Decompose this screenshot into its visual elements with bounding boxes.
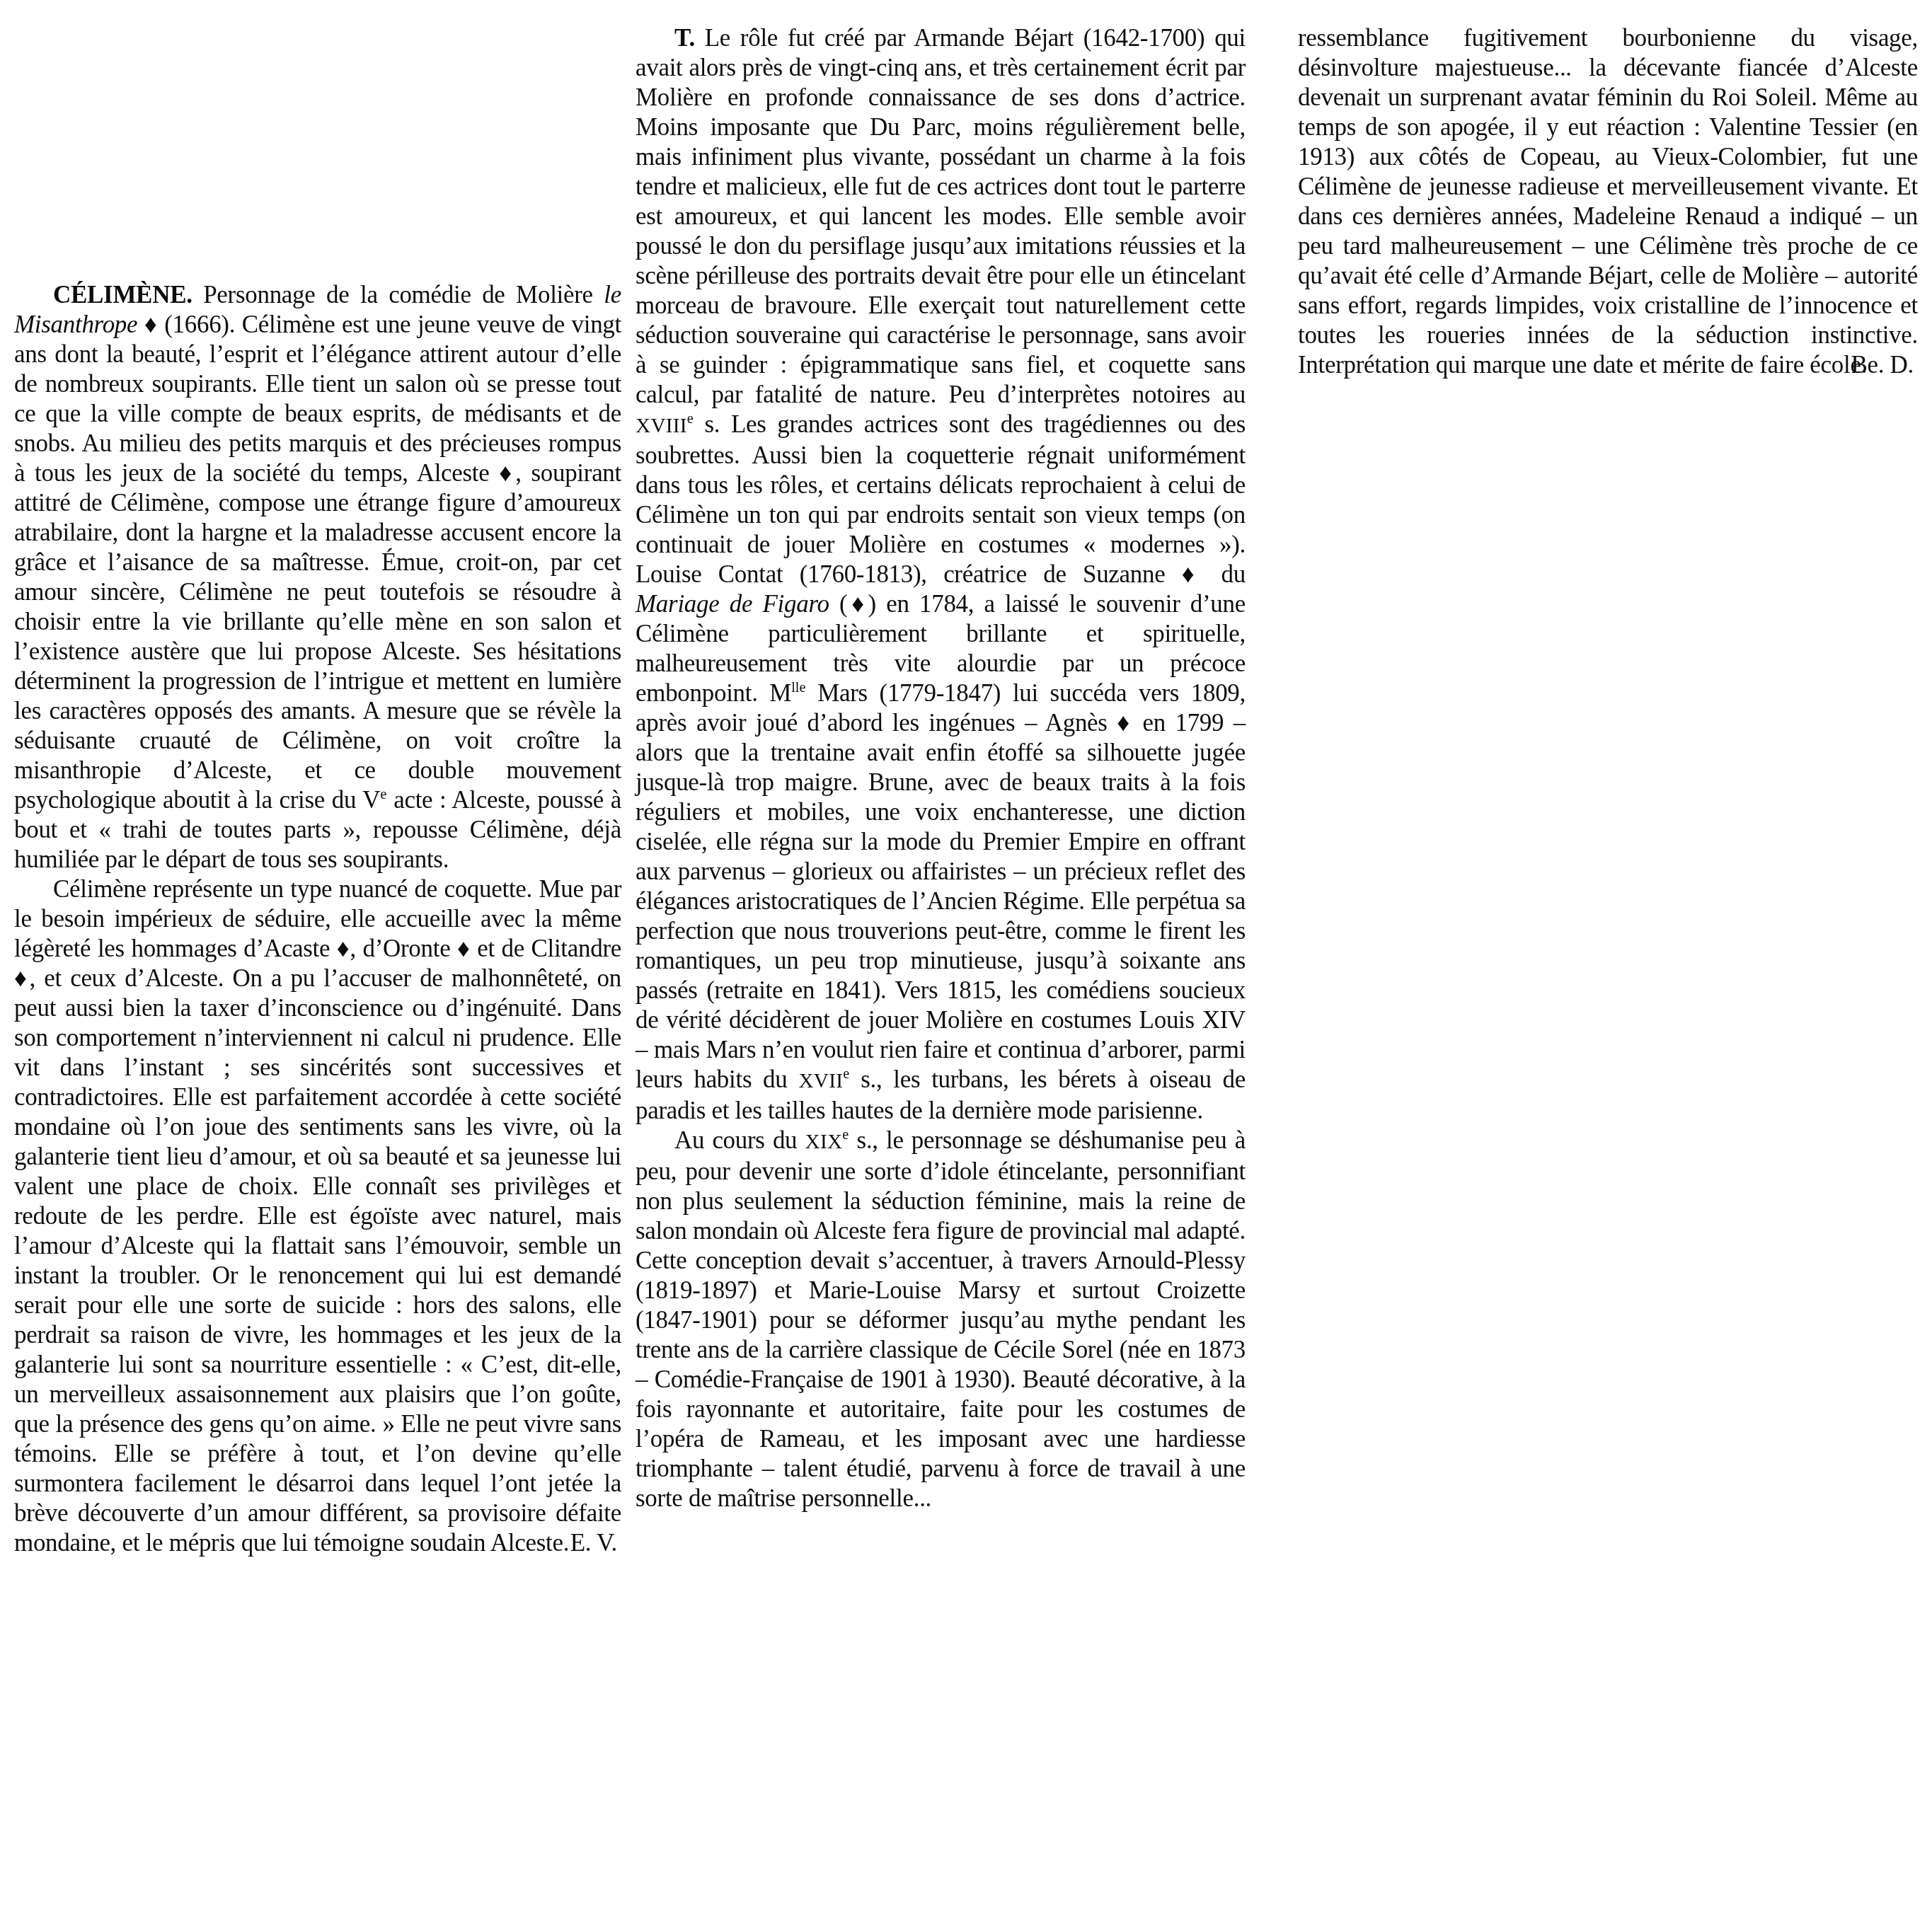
entry-paragraph: Célimène représente un type nuancé de co… — [14, 874, 621, 1558]
entry-paragraph: ressemblance fugitivement bourbonienne d… — [1298, 23, 1918, 380]
entry-paragraph: T. Le rôle fut créé par Armande Béjart (… — [636, 23, 1246, 1126]
dictionary-page: CÉLIMÈNE. Personnage de la comédie de Mo… — [0, 0, 1932, 1928]
entry-paragraph: CÉLIMÈNE. Personnage de la comédie de Mo… — [14, 280, 621, 874]
column-1: CÉLIMÈNE. Personnage de la comédie de Mo… — [14, 280, 621, 1558]
column-2: T. Le rôle fut créé par Armande Béjart (… — [636, 23, 1246, 1513]
column-3: ressemblance fugitivement bourbonienne d… — [1298, 23, 1918, 380]
entry-paragraph: Au cours du XIXe s., le personnage se dé… — [636, 1126, 1246, 1513]
